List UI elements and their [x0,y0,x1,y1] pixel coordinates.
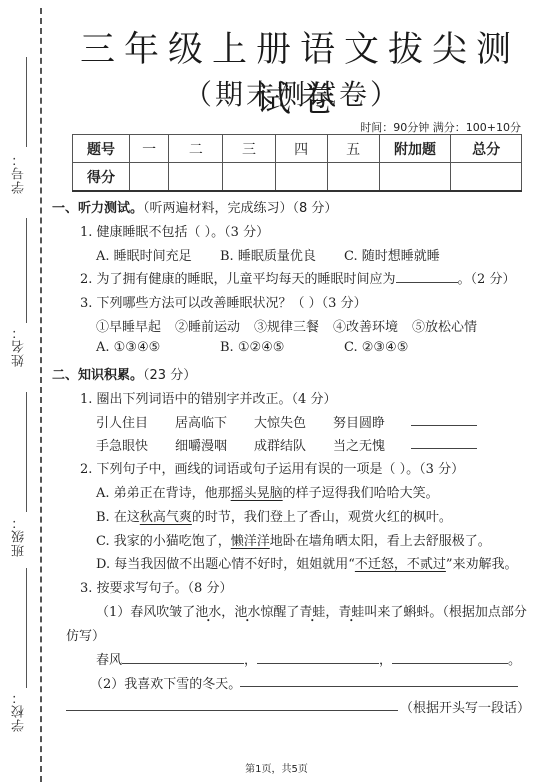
student-id-line [26,57,27,147]
s2-q1-text: 1. 圈出下列词语中的错别字并改正。（4 分） [80,388,336,407]
s1-q2-answer-blank[interactable] [396,270,458,283]
idiom[interactable]: 细嚼漫咽 [175,435,254,454]
s1-q2-points: 。（2 分） [458,272,516,287]
page-number: 第1页，共5页 [0,760,553,775]
exam-subtitle: （期末测试卷） [180,73,405,113]
dotted-emphasis: 池水 [195,605,221,620]
score-table-score-row: 得分 [73,163,522,192]
s2-q3-sub2-hint: （根据开头写一段话） [400,697,530,716]
score-cell[interactable] [169,163,223,192]
score-cell[interactable] [275,163,327,192]
idiom[interactable]: 成群结队 [254,435,333,454]
s2-q3-sub2-answer-line-2[interactable] [66,710,398,711]
school-line [26,568,27,688]
prompt-text: 叫来了蝌蚪。（根据加点部分 [364,605,527,620]
answer-start: 春风 [96,653,122,668]
s1-q1-text: 1. 健康睡眠不包括（ ）。（3 分） [80,221,269,240]
option-text: ”来劝解我。 [446,557,518,572]
s1-q3-options: A. ①③④⑤B. ①②④⑤C. ②③④⑤ [96,340,408,355]
school-label: 学校： [10,690,30,732]
s2-q2-option-a[interactable]: A. 弟弟正在背诗，他那摇头晃脑的样子逗得我们哈哈大笑。 [96,482,439,501]
prompt-text: （1）春风吹皱了 [96,605,195,620]
method-item: ②睡前运动 [175,316,254,335]
underlined-phrase: 懒洋洋 [231,534,270,549]
binding-dashed-line [40,8,42,782]
name-line [26,218,27,323]
column-header: 五 [327,135,379,163]
dotted-emphasis: 池水 [234,605,260,620]
score-table-header-row: 题号 一 二 三 四 五 附加题 总分 [73,135,522,163]
option-c[interactable]: C. ②③④⑤ [344,340,408,355]
option-b[interactable]: B. ①②④⑤ [220,340,344,355]
column-header: 总分 [451,135,522,163]
class-line [26,392,27,512]
option-text: C. 我家的小猫吃饱了， [96,534,231,549]
s2-q1-row1: 引人住目居高临下大惊失色努目圆睁 [96,412,385,431]
idiom[interactable]: 当之无愧 [333,435,385,454]
method-item: ④改善环境 [333,316,412,335]
option-text: 地卧在墙角晒太阳，看上去舒服极了。 [270,534,491,549]
underlined-phrase: 秋高气爽 [140,510,192,525]
s2-q1-row2: 手急眼快细嚼漫咽成群结队当之无愧 [96,435,385,454]
s2-q1-correction-blank-2[interactable] [411,448,477,449]
student-id-label: 学号： [10,152,30,194]
method-item: ⑤放松心情 [412,316,477,335]
s2-q3-sub1-answer: 春风，，。 [96,649,521,668]
option-a[interactable]: A. 睡眠时间充足 [96,245,220,264]
option-text: A. 弟弟正在背诗，他那 [96,486,231,501]
punct: ， [244,653,257,668]
idiom[interactable]: 居高临下 [175,412,254,431]
column-header: 四 [275,135,327,163]
section-1-note: （听两遍材料，完成练习）（8 分） [143,201,337,216]
s2-q2-option-b[interactable]: B. 在这秋高气爽的时节，我们登上了香山，观赏火红的枫叶。 [96,506,452,525]
s2-q1-correction-blank-1[interactable] [411,425,477,426]
column-header: 二 [169,135,223,163]
dotted-emphasis: 青蛙 [299,605,325,620]
idiom[interactable]: 努目圆睁 [333,412,385,431]
s1-q2: 2. 为了拥有健康的睡眠，儿童平均每天的睡眠时间应为。（2 分） [80,268,515,287]
s1-q1-options: A. 睡眠时间充足B. 睡眠质量优良C. 随时想睡就睡 [96,245,440,264]
answer-blank-3[interactable] [392,651,508,664]
dotted-emphasis: 青蛙 [338,605,364,620]
s2-q3-text: 3. 按要求写句子。（8 分） [80,577,232,596]
option-b[interactable]: B. 睡眠质量优良 [220,245,344,264]
punct: ， [379,653,392,668]
prompt-text: ， [221,605,234,620]
s2-q2-option-c[interactable]: C. 我家的小猫吃饱了，懒洋洋地卧在墙角晒太阳，看上去舒服极了。 [96,530,491,549]
idiom[interactable]: 手急眼快 [96,435,175,454]
column-header: 三 [223,135,275,163]
s1-q3-items: ①早睡早起②睡前运动③规律三餐④改善环境⑤放松心情 [96,316,477,335]
section-2-title: 二、知识积累。 [52,368,143,383]
option-c[interactable]: C. 随时想睡就睡 [344,245,440,264]
prompt-text: 惊醒了 [260,605,299,620]
option-text: 的时节，我们登上了香山，观赏火红的枫叶。 [192,510,452,525]
s2-q2-option-d[interactable]: D. 每当我因做不出题心情不好时，姐姐就用“不迁怒，不贰过”来劝解我。 [96,553,518,572]
score-cell[interactable] [451,163,522,192]
idiom[interactable]: 引人住目 [96,412,175,431]
underlined-phrase: 不迁怒，不贰过 [355,557,446,572]
section-1-title: 一、听力测试。 [52,201,143,216]
score-cell[interactable] [379,163,451,192]
column-header: 附加题 [379,135,451,163]
option-text: B. 在这 [96,510,140,525]
method-item: ③规律三餐 [254,316,333,335]
section-2-note: （23 分） [143,368,196,383]
s1-q2-text: 2. 为了拥有健康的睡眠，儿童平均每天的睡眠时间应为 [80,272,396,287]
column-header: 一 [129,135,168,163]
prompt-text: ， [325,605,338,620]
class-label: 班级： [10,515,30,557]
section-1-heading: 一、听力测试。（听两遍材料，完成练习）（8 分） [52,197,337,216]
option-text: D. 每当我因做不出题心情不好时，姐姐就用“ [96,557,355,572]
underlined-phrase: 摇头晃脑 [231,486,283,501]
score-cell[interactable] [327,163,379,192]
row-header: 得分 [73,163,130,192]
score-cell[interactable] [223,163,275,192]
section-2-heading: 二、知识积累。（23 分） [52,364,196,383]
punct: 。 [508,653,521,668]
s2-q3-sub2-answer-line-1[interactable] [240,686,518,687]
s2-q3-sub2-prompt: （2）我喜欢下雪的冬天。 [90,673,241,692]
row-header: 题号 [73,135,130,163]
score-cell[interactable] [129,163,168,192]
s1-q3-text: 3. 下列哪些方法可以改善睡眠状况？（ ）（3 分） [80,292,367,311]
option-a[interactable]: A. ①③④⑤ [96,340,220,355]
s2-q3-sub1-prompt: （1）春风吹皱了池水，池水惊醒了青蛙，青蛙叫来了蝌蚪。（根据加点部分 [96,601,527,620]
option-text: 的样子逗得我们哈哈大笑。 [283,486,439,501]
s2-q3-sub1-prompt-cont: 仿写） [66,625,105,644]
name-label: 姓名： [10,325,30,367]
idiom[interactable]: 大惊失色 [254,412,333,431]
score-table: 题号 一 二 三 四 五 附加题 总分 得分 [72,134,522,192]
method-item: ①早睡早起 [96,316,175,335]
answer-blank-1[interactable] [122,651,244,664]
exam-meta: 时间：90分钟 满分：100+10分 [360,119,521,135]
answer-blank-2[interactable] [257,651,379,664]
s2-q2-text: 2. 下列句子中，画线的词语或句子运用有误的一项是（ ）。（3 分） [80,458,464,477]
